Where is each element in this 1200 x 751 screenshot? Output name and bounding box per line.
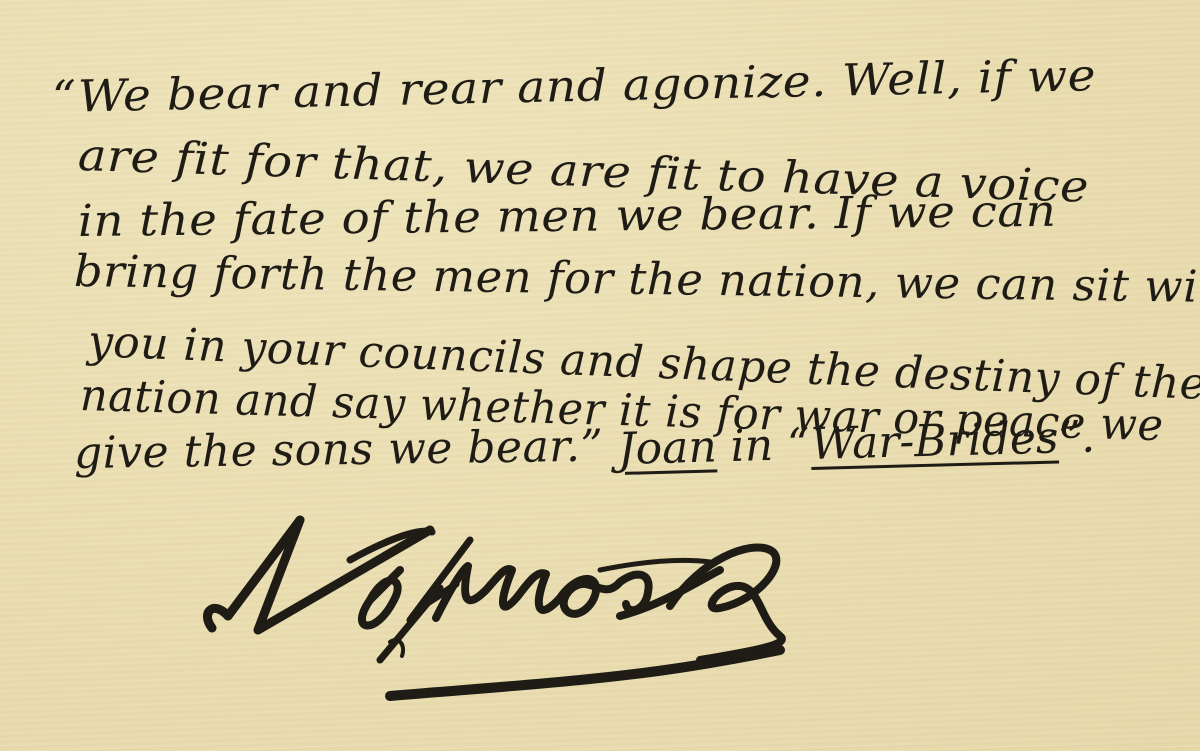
signature: A. Nazimova: [200, 500, 1160, 730]
quote-line: bring forth the men for the nation, we c…: [74, 246, 1200, 313]
attribution-work-open-quote: “: [786, 419, 811, 471]
quote-line: give the sons we bear.”: [74, 421, 604, 479]
attribution-work-title: War-Brides: [810, 412, 1059, 469]
attribution-character: Joan: [617, 421, 717, 475]
signature-glyph-icon: [200, 500, 1160, 730]
handwritten-page: “We bear and rear and agonize. Well, if …: [0, 0, 1200, 751]
quote-line: “We bear and rear and agonize. Well, if …: [51, 50, 1096, 123]
attribution-work-close-quote: ”.: [1058, 412, 1096, 464]
attribution-connector: in: [730, 420, 774, 472]
quote-line: in the fate of the men we bear. If we ca…: [78, 186, 1057, 247]
